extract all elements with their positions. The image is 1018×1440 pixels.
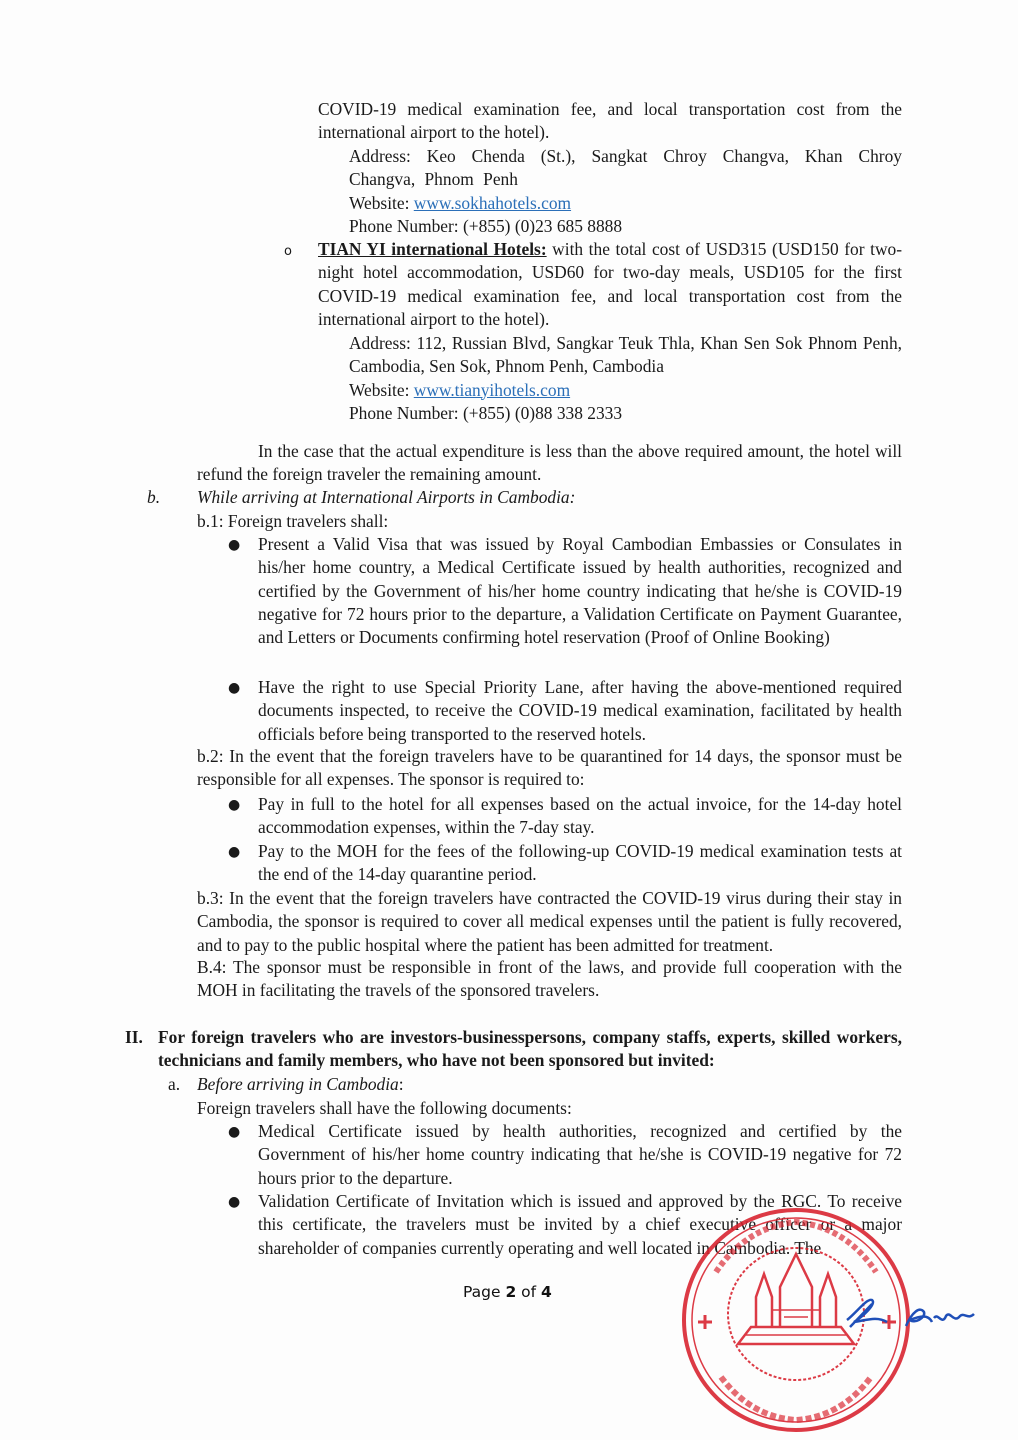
b2-paragraph: b.2: In the event that the foreign trave… bbox=[197, 745, 902, 792]
refund-note: In the case that the actual expenditure … bbox=[197, 440, 902, 487]
sokha-cost-text: COVID-19 medical examination fee, and lo… bbox=[318, 98, 902, 145]
initial-signature-icon bbox=[842, 1292, 892, 1332]
section-II-a-title-wrap: Before arriving in Cambodia: bbox=[197, 1073, 404, 1096]
bullet-icon: ● bbox=[228, 677, 240, 700]
b2-bullet-1-text: Pay in full to the hotel for all expense… bbox=[258, 793, 902, 840]
b4-text: B.4: The sponsor must be responsible in … bbox=[197, 956, 902, 1003]
b2-bullet-2-text: Pay to the MOH for the fees of the follo… bbox=[258, 840, 902, 887]
section-b-marker: b. bbox=[147, 486, 160, 509]
b1-bullet-2: Have the right to use Special Priority L… bbox=[258, 676, 902, 746]
b4-paragraph: B.4: The sponsor must be responsible in … bbox=[197, 956, 902, 1003]
document-page: COVID-19 medical examination fee, and lo… bbox=[0, 0, 1018, 1440]
sokha-website-line: Website: www.sokhahotels.com bbox=[349, 192, 902, 215]
bullet-icon: ● bbox=[228, 1191, 240, 1214]
section-II-bullet-1-text: Medical Certificate issued by health aut… bbox=[258, 1120, 902, 1190]
page-current: 2 bbox=[505, 1283, 516, 1301]
b3-paragraph: b.3: In the event that the foreign trave… bbox=[197, 887, 902, 957]
sokha-website-link[interactable]: www.sokhahotels.com bbox=[414, 193, 571, 213]
page-total: 4 bbox=[541, 1283, 552, 1301]
tianyi-contact: Address: 112, Russian Blvd, Sangkar Teuk… bbox=[349, 332, 902, 425]
b2-bullet-2: Pay to the MOH for the fees of the follo… bbox=[258, 840, 902, 887]
b2-bullet-1: Pay in full to the hotel for all expense… bbox=[258, 793, 902, 840]
refund-note-text: In the case that the actual expenditure … bbox=[197, 440, 902, 487]
b2-text: b.2: In the event that the foreign trave… bbox=[197, 745, 902, 792]
website-label: Website: bbox=[349, 193, 414, 213]
tianyi-description: TIAN YI international Hotels: with the t… bbox=[318, 238, 902, 331]
section-II-a-marker: a. bbox=[168, 1073, 180, 1096]
tianyi-hotel-name: TIAN YI international Hotels: bbox=[318, 239, 547, 259]
colon: : bbox=[399, 1074, 404, 1094]
page-of: of bbox=[516, 1283, 541, 1301]
bullet-icon: ● bbox=[228, 1121, 240, 1144]
circle-bullet-icon: o bbox=[284, 240, 292, 263]
section-b-title: While arriving at International Airports… bbox=[197, 486, 575, 509]
tianyi-address: Address: 112, Russian Blvd, Sangkar Teuk… bbox=[349, 332, 902, 379]
b3-text: b.3: In the event that the foreign trave… bbox=[197, 887, 902, 957]
b1-bullet-2-text: Have the right to use Special Priority L… bbox=[258, 676, 902, 746]
sokha-hotel-tail: COVID-19 medical examination fee, and lo… bbox=[318, 98, 902, 145]
section-II-title-text: For foreign travelers who are investors-… bbox=[158, 1026, 902, 1073]
bullet-icon: ● bbox=[228, 534, 240, 557]
section-II-bullet-1: Medical Certificate issued by health aut… bbox=[258, 1120, 902, 1190]
bullet-icon: ● bbox=[228, 841, 240, 864]
tianyi-hotel-item: TIAN YI international Hotels: with the t… bbox=[318, 238, 902, 331]
bullet-icon: ● bbox=[228, 794, 240, 817]
page-number: Page 2 of 4 bbox=[463, 1281, 552, 1304]
b1-heading: b.1: Foreign travelers shall: bbox=[197, 510, 388, 533]
tianyi-website-line: Website: www.tianyihotels.com bbox=[349, 379, 902, 402]
tianyi-website-link[interactable]: www.tianyihotels.com bbox=[414, 380, 570, 400]
section-II-title: For foreign travelers who are investors-… bbox=[158, 1026, 902, 1073]
section-II-marker: II. bbox=[125, 1026, 143, 1049]
section-II-a-title: Before arriving in Cambodia bbox=[197, 1074, 399, 1094]
page-prefix: Page bbox=[463, 1283, 505, 1301]
sokha-contact: Address: Keo Chenda (St.), Sangkat Chroy… bbox=[349, 145, 902, 238]
signature-icon bbox=[902, 1302, 982, 1334]
website-label: Website: bbox=[349, 380, 414, 400]
sokha-address: Address: Keo Chenda (St.), Sangkat Chroy… bbox=[349, 145, 902, 192]
b1-bullet-1-text: Present a Valid Visa that was issued by … bbox=[258, 533, 902, 649]
sokha-phone: Phone Number: (+855) (0)23 685 8888 bbox=[349, 215, 902, 238]
section-II-intro: Foreign travelers shall have the followi… bbox=[197, 1097, 572, 1120]
b1-bullet-1: Present a Valid Visa that was issued by … bbox=[258, 533, 902, 649]
tianyi-phone: Phone Number: (+855) (0)88 338 2333 bbox=[349, 402, 902, 425]
